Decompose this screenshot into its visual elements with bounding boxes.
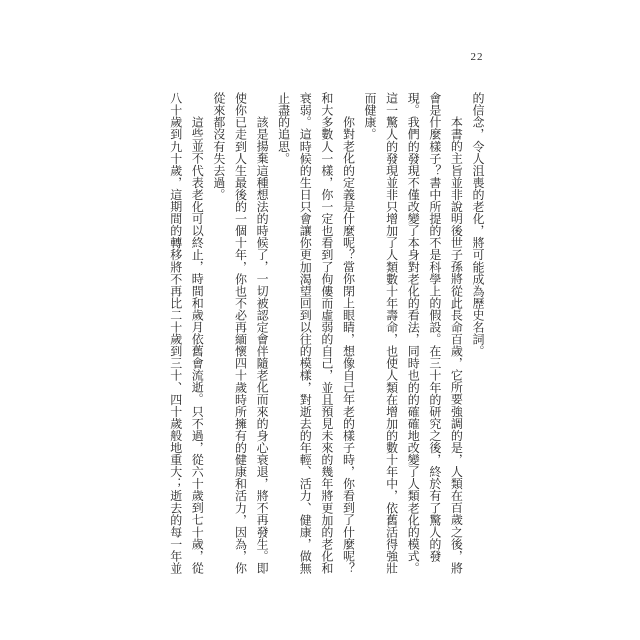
paragraph: 這些並不代表老化可以終止，時間和歲月依舊會流逝。只不過，從六十歲到七十歲，從八十…	[164, 92, 207, 574]
paragraph: 該是揚棄這種想法的時候了，一切被認定會伴隨老化而來的身心衰退，將不再發生。即使你…	[207, 92, 272, 574]
paragraph: 你對老化的定義是什麼呢？當你閉上眼睛，想像自己年老的樣子時，你看到了什麼呢？和大…	[272, 92, 358, 574]
paragraph: 本書的主旨並非說明後世子孫將從此長命百歲，它所要強調的是，人類在百歲之後，將會是…	[358, 92, 466, 574]
book-page: 22 的信念，令人沮喪的老化，將可能成為歷史名詞。 本書的主旨並非說明後世子孫將…	[0, 0, 640, 640]
paragraph: 的信念，令人沮喪的老化，將可能成為歷史名詞。	[466, 92, 488, 574]
page-number: 22	[462, 51, 492, 63]
body-text: 的信念，令人沮喪的老化，將可能成為歷史名詞。 本書的主旨並非說明後世子孫將從此長…	[164, 92, 488, 574]
